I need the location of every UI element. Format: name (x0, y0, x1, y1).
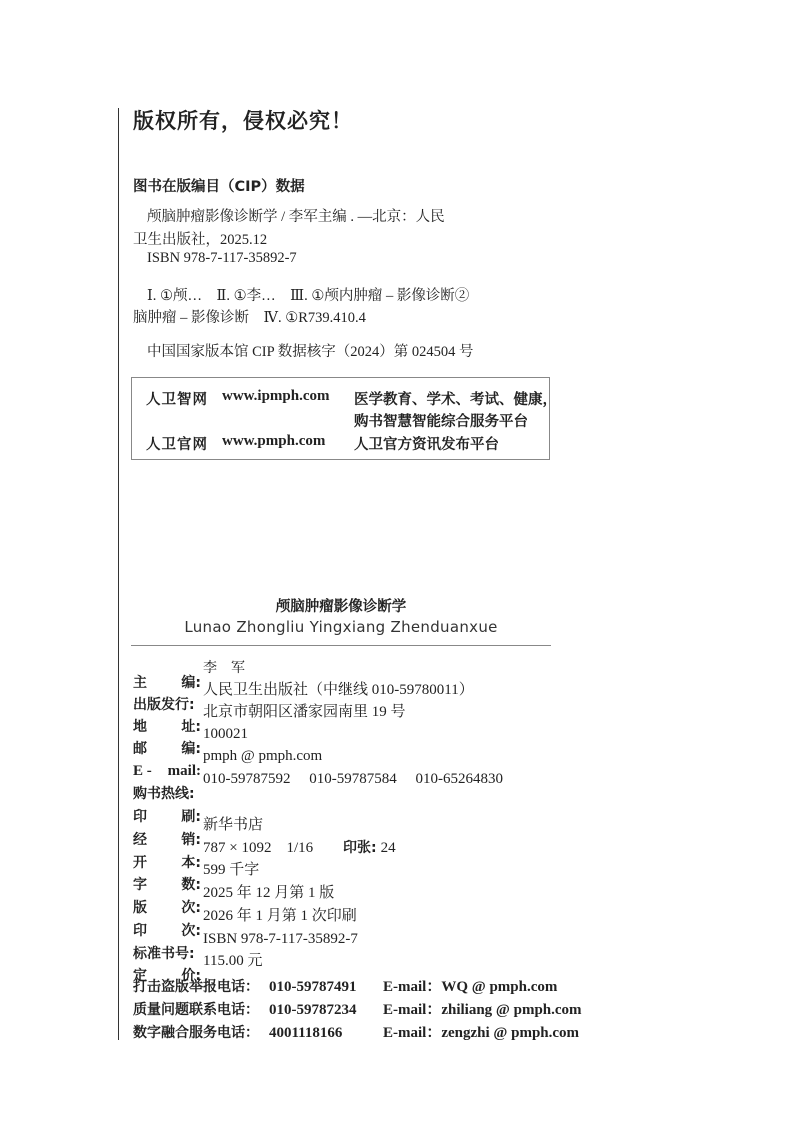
info-row-distributor: 经销:新华书店 (133, 814, 263, 836)
info-value: 010-59787592 010-59787584 010-65264830 (203, 768, 503, 790)
sheets-label: 印张: (343, 840, 377, 856)
info-row-address: 地址:北京市朝阳区潘家园南里 19 号 (133, 701, 406, 723)
site-name: 人卫官网 (146, 433, 208, 454)
info-row-editor: 主编:李 军 (133, 657, 245, 679)
cip-line: 脑肿瘤 – 影像诊断 Ⅳ. ①R739.410.4 (133, 306, 366, 327)
info-row-printing: 印次:2026 年 1 月第 1 次印刷 (133, 905, 357, 927)
info-value: 787 × 1092 1/16 (203, 837, 343, 859)
info-row-email: E - mail:pmph @ pmph.com (133, 745, 322, 767)
contact-row-piracy: 打击盗版举报电话：010-59787491E-mail：WQ @ pmph.co… (133, 975, 557, 996)
info-row-wordcount: 字数:599 千字 (133, 859, 259, 881)
info-value: 人民卫生出版社（中继线 010-59780011） (203, 679, 474, 701)
info-value: 100021 (203, 723, 248, 745)
cip-line: Ⅰ. ①颅… Ⅱ. ①李… Ⅲ. ①颅内肿瘤 – 影像诊断② (147, 284, 469, 305)
info-row-publisher: 出版发行:人民卫生出版社（中继线 010-59780011） (133, 679, 474, 701)
sheets-value: 24 (381, 837, 396, 859)
copyright-notice: 版权所有，侵权必究！ (133, 105, 353, 135)
book-title-pinyin: Lunao Zhongliu Yingxiang Zhenduanxue (0, 618, 682, 636)
site-desc: 人卫官方资讯发布平台 (354, 433, 499, 454)
info-value: 新华书店 (203, 814, 263, 836)
separator-line (131, 645, 551, 646)
contact-email[interactable]: E-mail：WQ @ pmph.com (383, 975, 557, 996)
cip-record-number: 中国国家版本馆 CIP 数据核字（2024）第 024504 号 (147, 340, 474, 361)
info-row-price: 定价:115.00 元 (133, 950, 262, 972)
info-value: 599 千字 (203, 859, 259, 881)
info-value: 李 军 (203, 657, 245, 679)
info-value: 2026 年 1 月第 1 次印刷 (203, 905, 357, 927)
info-row-postcode: 邮编:100021 (133, 723, 248, 745)
site-desc: 医学教育、学术、考试、健康， (354, 388, 557, 409)
contact-label: 数字融合服务电话： (133, 1022, 269, 1042)
info-row-printer: 印刷: (133, 791, 203, 813)
contact-row-quality: 质量问题联系电话：010-59787234E-mail：zhiliang @ p… (133, 998, 582, 1019)
website-box: 人卫智网 www.ipmph.com 医学教育、学术、考试、健康， 购书智慧智能… (131, 377, 550, 460)
cip-line: 颅脑肿瘤影像诊断学 / 李军主编 . —北京：人民 (147, 205, 445, 226)
contact-phone: 4001118166 (269, 1025, 383, 1042)
site-name: 人卫智网 (146, 388, 208, 409)
info-value: 115.00 元 (203, 950, 262, 972)
cip-line: 卫生出版社，2025.12 (133, 228, 267, 249)
book-title-chinese: 颅脑肿瘤影像诊断学 (0, 595, 682, 616)
cip-title: 图书在版编目（CIP）数据 (133, 175, 305, 196)
info-value: 2025 年 12 月第 1 版 (203, 882, 334, 904)
contact-email[interactable]: E-mail：zengzhi @ pmph.com (383, 1021, 579, 1042)
contact-phone: 010-59787234 (269, 1002, 383, 1019)
contact-email[interactable]: E-mail：zhiliang @ pmph.com (383, 998, 582, 1019)
left-margin-rule (118, 108, 119, 1040)
contact-phone: 010-59787491 (269, 979, 383, 996)
info-row-format: 开本:787 × 1092 1/16印张:24 (133, 837, 396, 859)
copyright-page: 版权所有，侵权必究！ 图书在版编目（CIP）数据 颅脑肿瘤影像诊断学 / 李军主… (0, 0, 800, 1146)
contact-label: 打击盗版举报电话： (133, 976, 269, 996)
info-row-edition: 版次:2025 年 12 月第 1 版 (133, 882, 334, 904)
info-row-hotline: 购书热线:010-59787592 010-59787584 010-65264… (133, 768, 503, 790)
contact-label: 质量问题联系电话： (133, 999, 269, 1019)
site-desc: 购书智慧智能综合服务平台 (354, 410, 528, 431)
site-url[interactable]: www.pmph.com (222, 433, 325, 450)
info-value: ISBN 978-7-117-35892-7 (203, 928, 358, 950)
cip-isbn: ISBN 978-7-117-35892-7 (147, 250, 297, 267)
info-value[interactable]: pmph @ pmph.com (203, 745, 322, 767)
info-row-isbn: 标准书号:ISBN 978-7-117-35892-7 (133, 928, 358, 950)
info-value: 北京市朝阳区潘家园南里 19 号 (203, 701, 406, 723)
site-url[interactable]: www.ipmph.com (222, 388, 330, 405)
contact-row-digital: 数字融合服务电话：4001118166E-mail：zengzhi @ pmph… (133, 1021, 579, 1042)
